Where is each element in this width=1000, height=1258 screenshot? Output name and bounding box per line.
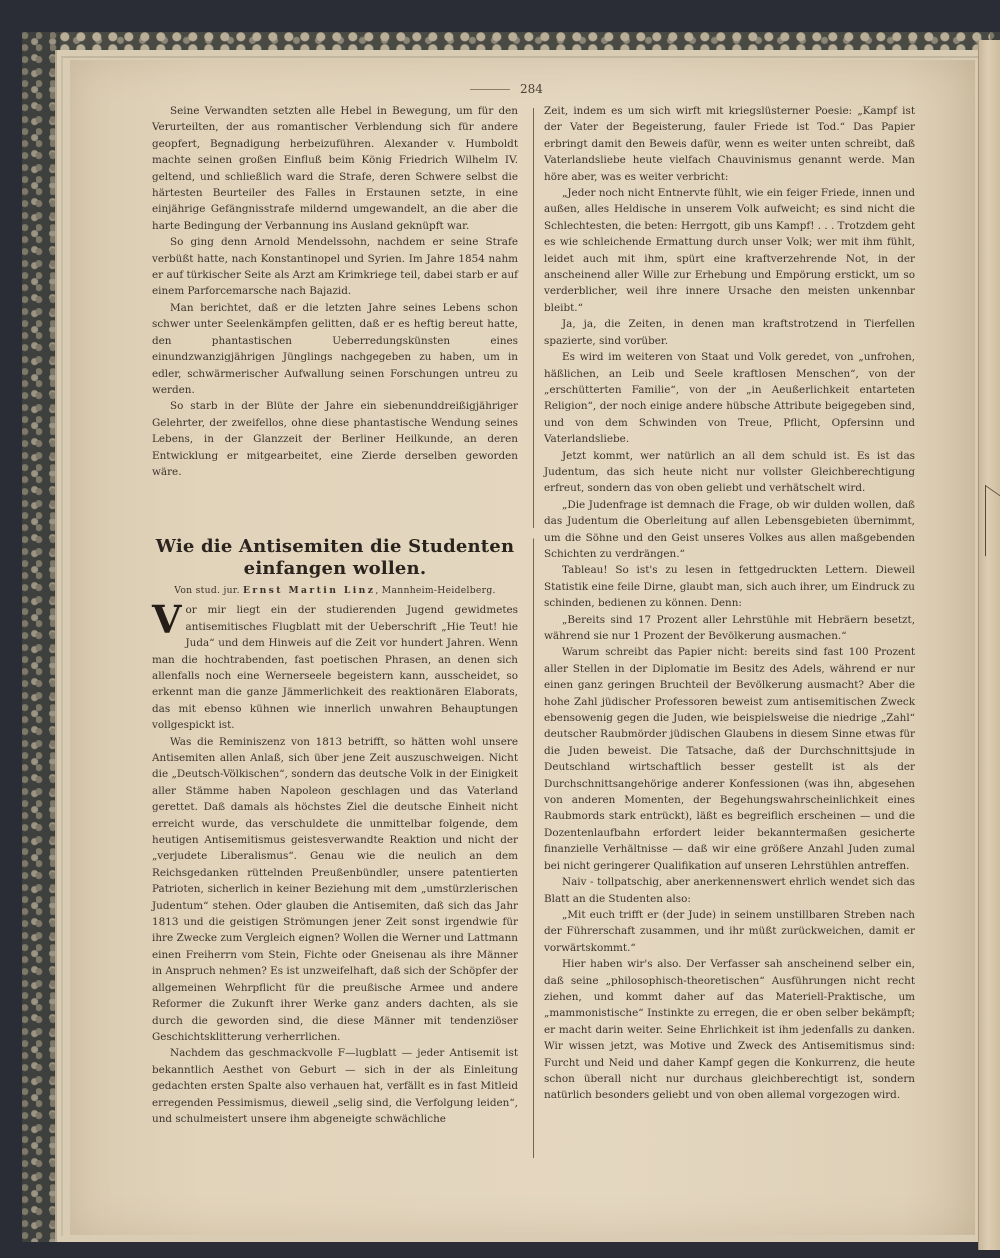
paragraph: Was die Reminiszenz von 1813 betrifft, s…: [152, 734, 518, 1046]
page-crease-mark: [985, 485, 1000, 567]
paragraph: Seine Verwandten setzten alle Hebel in B…: [152, 103, 518, 234]
block-quote: „Jeder noch nicht Entnervte fühlt, wie e…: [544, 185, 915, 316]
article-byline: Von stud. jur. Ernst Martin Linz, Mannhe…: [152, 584, 518, 598]
paragraph: So ging denn Arnold Mendelssohn, nachdem…: [152, 234, 518, 300]
first-paragraph-text: or mir liegt ein der studierenden Jugend…: [152, 604, 518, 731]
byline-prefix: Von stud. jur.: [174, 585, 239, 596]
paragraph: Tableau! So ist's zu lesen in fettgedruc…: [544, 562, 915, 611]
drop-cap: V: [152, 604, 181, 636]
page-header: 284: [470, 80, 590, 98]
page-gutter-fold: [978, 40, 1000, 1250]
column-divider: [533, 108, 534, 1158]
header-rule: [470, 89, 510, 90]
paragraph: Ja, ja, die Zeiten, in denen man kraftst…: [544, 316, 915, 349]
block-quote: „Bereits sind 17 Prozent aller Lehrstühl…: [544, 612, 915, 645]
paragraph-continuation: Zeit, indem es um sich wirft mit kriegsl…: [544, 103, 915, 185]
byline-author: Ernst Martin Linz: [243, 585, 375, 596]
block-quote: „Die Judenfrage ist demnach die Frage, o…: [544, 497, 915, 563]
paragraph: Es wird im weiteren von Staat und Volk g…: [544, 349, 915, 447]
left-column: Seine Verwandten setzten alle Hebel in B…: [152, 103, 518, 1127]
right-column: Zeit, indem es um sich wirft mit kriegsl…: [544, 103, 915, 1104]
article-title: Wie die Antisemiten die Studenten einfan…: [152, 536, 518, 580]
paragraph: So starb in der Blüte der Jahre ein sieb…: [152, 398, 518, 480]
paragraph: Jetzt kommt, wer natürlich an all dem sc…: [544, 448, 915, 497]
paragraph: Warum schreibt das Papier nicht: bereits…: [544, 644, 915, 874]
page-number: 284: [520, 82, 543, 96]
paragraph: Man berichtet, daß er die letzten Jahre …: [152, 300, 518, 398]
byline-location: , Mannheim-Heidelberg.: [375, 585, 495, 596]
paragraph: Nachdem das geschmackvolle F—lugblatt — …: [152, 1045, 518, 1127]
paragraph: Hier haben wir's also. Der Verfasser sah…: [544, 956, 915, 1104]
block-quote: „Mit euch trifft er (der Jude) in seinem…: [544, 907, 915, 956]
article-first-paragraph: Vor mir liegt ein der studierenden Jugen…: [152, 602, 518, 733]
paragraph: Naiv - tollpatschig, aber anerkennenswer…: [544, 874, 915, 907]
